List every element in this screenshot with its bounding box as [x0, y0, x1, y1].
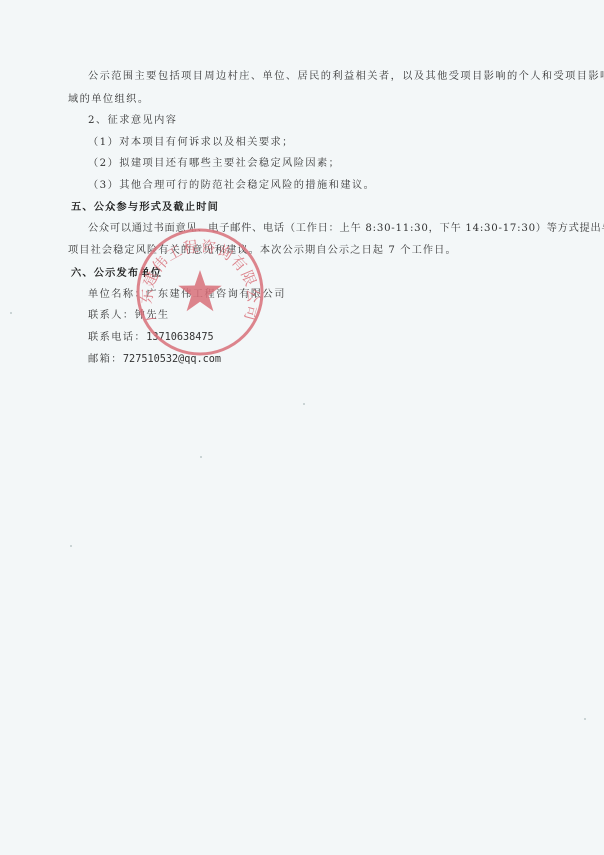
unit-name-row: 单位名称：广东建伟工程咨询有限公司	[88, 288, 286, 302]
section5-heading: 五、公众参与形式及截止时间	[71, 200, 219, 214]
scan-speck	[200, 456, 202, 458]
contact-label: 联系人：	[88, 310, 135, 321]
section5-line1: 公众可以通过书面意见、电子邮件、电话（工作日：上午 8:30-11:30，下午 …	[88, 222, 604, 236]
phone-label: 联系电话：	[88, 332, 146, 343]
scan-speck	[10, 312, 12, 314]
phone-value: 13710638475	[146, 332, 213, 343]
section2-title: 2、征求意见内容	[88, 114, 177, 128]
email-value: 727510532@qq.com	[123, 354, 221, 365]
section5-line2: 项目社会稳定风险有关的意见和建议。本次公示期自公示之日起 7 个工作日。	[68, 244, 457, 258]
list-item-2: （2）拟建项目还有哪些主要社会稳定风险因素；	[88, 157, 340, 171]
scope-paragraph-line2: 域的单位组织。	[68, 93, 149, 107]
document-page: 公示范围主要包括项目周边村庄、单位、居民的利益相关者，以及其他受项目影响的个人和…	[0, 0, 604, 855]
section6-heading: 六、公示发布单位	[71, 266, 162, 280]
contact-row: 联系人：钟先生	[88, 309, 169, 323]
email-row: 邮箱：727510532@qq.com	[88, 353, 221, 367]
unit-name-label: 单位名称：	[88, 289, 146, 300]
list-item-3: （3）其他合理可行的防范社会稳定风险的措施和建议。	[88, 179, 375, 193]
scan-speck	[70, 545, 72, 547]
list-item-1: （1）对本项目有何诉求以及相关要求；	[88, 136, 294, 150]
scan-speck	[303, 403, 305, 405]
unit-name-value: 广东建伟工程咨询有限公司	[146, 289, 286, 300]
scan-speck	[584, 718, 586, 720]
phone-row: 联系电话：13710638475	[88, 331, 214, 345]
contact-value: 钟先生	[135, 310, 170, 321]
scope-paragraph-line1: 公示范围主要包括项目周边村庄、单位、居民的利益相关者，以及其他受项目影响的个人和…	[88, 70, 604, 84]
email-label: 邮箱：	[88, 354, 123, 365]
